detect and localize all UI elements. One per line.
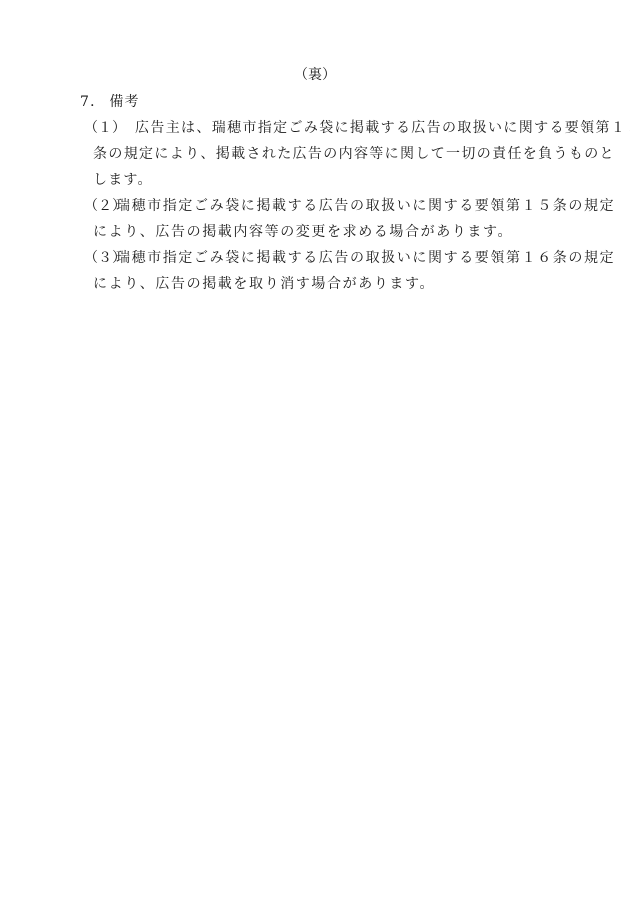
section-title: 備考 xyxy=(109,94,139,110)
item-1-line-3: します。 xyxy=(93,171,153,189)
item-2-line-2: により、広告の掲載内容等の変更を求める場合があります。 xyxy=(93,223,513,241)
item-2-line-1: 瑞穂市指定ごみ袋に掲載する広告の取扱いに関する要領第１５条の規定 xyxy=(116,197,615,215)
document-page: （裏） 7．備考 （１） 広告主は、瑞穂市指定ごみ袋に掲載する広告の取扱いに関す… xyxy=(0,0,630,903)
item-1-line-1: 広告主は、瑞穂市指定ごみ袋に掲載する広告の取扱いに関する要領第１３ xyxy=(135,119,630,137)
section-number: 7． xyxy=(80,94,105,110)
item-1-marker: （１） xyxy=(84,119,126,137)
item-3-line-2: により、広告の掲載を取り消す場合があります。 xyxy=(93,275,435,293)
item-3-line-1: 瑞穂市指定ごみ袋に掲載する広告の取扱いに関する要領第１６条の規定 xyxy=(116,249,615,267)
section-heading: 7．備考 xyxy=(80,93,140,111)
page-side-label: （裏） xyxy=(0,66,630,84)
item-1-line-2: 条の規定により、掲載された広告の内容等に関して一切の責任を負うものと xyxy=(93,145,615,163)
